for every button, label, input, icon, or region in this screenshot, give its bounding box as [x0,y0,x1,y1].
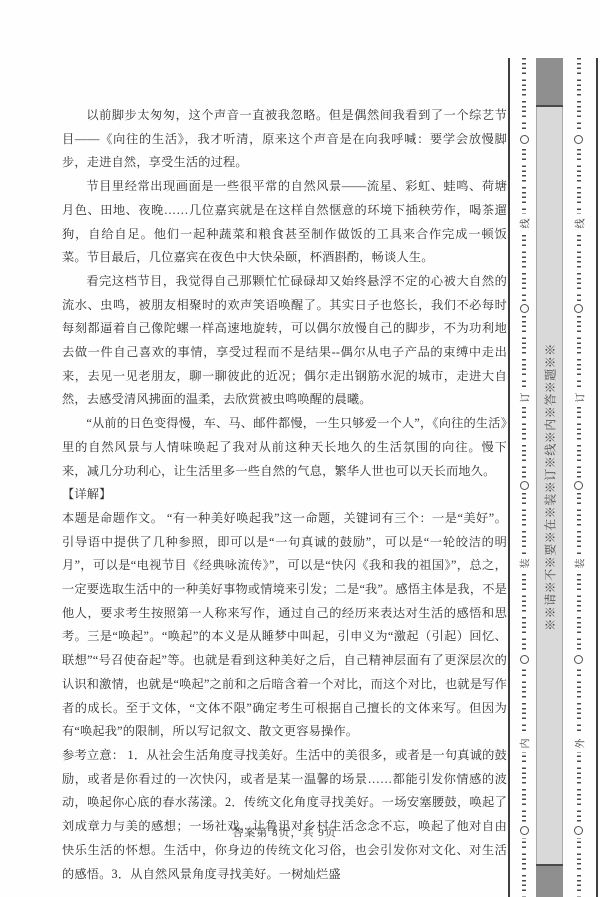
binding-strip-warning: ※※请※不※要※在※装※订※线※内※答※题※※ [541,343,558,631]
binding-line-char: 装 [572,554,586,572]
binding-char-label: 装 [571,558,586,568]
binding-line-char: 内 [517,734,531,752]
binding-line-char: 线 [517,214,531,232]
essay-paragraph: “从前的日色变得慢，车、马、邮件都慢，一生只够爱一个人”，《向往的生活》里的自然… [62,412,507,483]
essay-paragraph: 看完这档节目，我觉得自己那颗忙忙碌碌却又始终悬浮不定的心被大自然的流水、虫鸣，被… [62,270,507,412]
binding-strip-cap-bottom [536,864,563,897]
essay-paragraph: 以前脚步太匆匆，这个声音一直被我忽略。但是偶然间我看到了一个综艺节目——《向往的… [62,104,507,175]
binding-char-label: 内 [517,738,532,748]
page-edge-line-right [596,58,598,897]
binding-hole [572,301,586,316]
binding-line-char: 装 [517,554,531,572]
binding-char-label: 线 [517,218,532,228]
binding-line-char: 线 [572,214,586,232]
binding-hole [517,478,531,493]
binding-line-char: 订 [572,388,586,406]
binding-line-char: 订 [517,388,531,406]
page-edge-line-left [508,58,510,897]
binding-hole [517,823,531,838]
binding-line-char: 外 [572,734,586,752]
detail-paragraph: 本题是命题作文。 “有一种美好唤起我”这一命题，关键词有三个：一是“美好”。引导… [62,507,507,744]
detail-paragraph: 参考立意： 1．从社会生活角度寻找美好。生活中的美很多，或者是一句真诚的鼓励，或… [62,744,507,886]
essay-paragraph: 节目里经常出现画面是一些很平常的自然风景——流星、彩虹、蛙鸣、荷塘月色、田地、夜… [62,175,507,270]
binding-hole [517,652,531,667]
binding-line-right: 线 订 装 外 [577,58,581,897]
binding-char-label: 订 [571,392,586,402]
binding-char-label: 线 [571,218,586,228]
binding-hole [572,823,586,838]
binding-hole [572,132,586,147]
binding-char-label: 订 [517,392,532,402]
page-footer: 答案第 8页，共 9页 [62,824,507,840]
binding-hole [572,652,586,667]
answer-sheet-page: 以前脚步太匆匆，这个声音一直被我忽略。但是偶然间我看到了一个综艺节目——《向往的… [0,0,600,897]
binding-char-label: 装 [517,558,532,568]
binding-hole [517,301,531,316]
binding-hole [517,132,531,147]
binding-hole [572,478,586,493]
binding-char-label: 外 [571,738,586,748]
binding-line-left: 线 订 装 内 [522,58,526,897]
answer-text-column: 以前脚步太匆匆，这个声音一直被我忽略。但是偶然间我看到了一个综艺节目——《向往的… [62,104,507,886]
detail-label: 【详解】 [62,483,507,507]
binding-strip-cap-top [536,58,563,107]
